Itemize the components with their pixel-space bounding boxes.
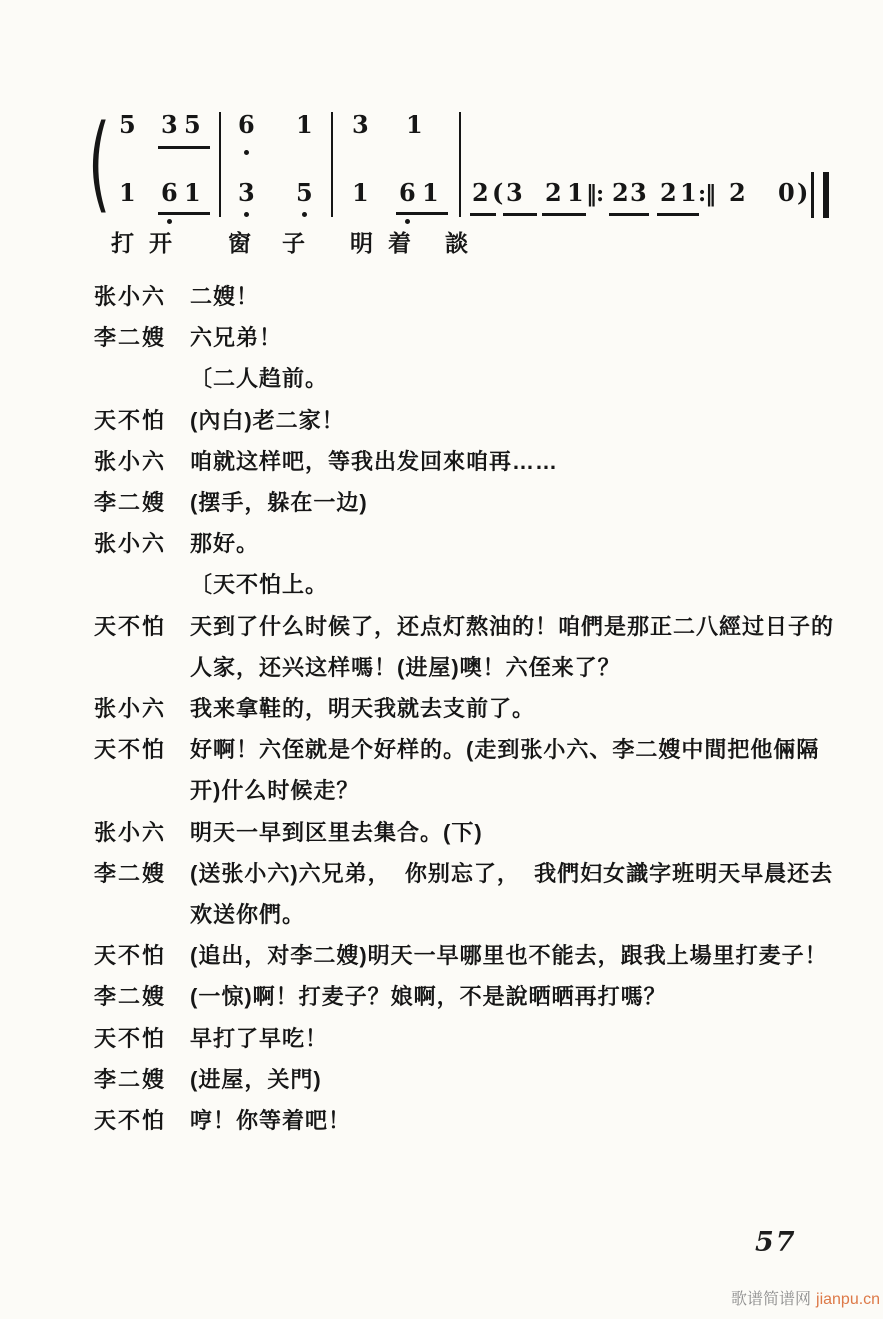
upper-voice-note: 5 bbox=[184, 112, 201, 138]
beam bbox=[542, 213, 586, 216]
lower-voice-note: 0 bbox=[778, 180, 795, 206]
dialogue-row: 张小六咱就这样吧，等我出发回來咱再…… bbox=[94, 441, 840, 482]
upper-voice-note: 1 bbox=[406, 112, 423, 138]
dialogue-row: 〔天不怕上。 bbox=[94, 564, 840, 605]
dialogue-row: 天不怕早打了早吃！ bbox=[94, 1018, 840, 1059]
dialogue-text: (摆手，躲在一边) bbox=[190, 482, 840, 523]
dialogue-row: 李二嫂(送张小六)六兄弟， 你别忘了， 我們妇女識字班明天早晨还去欢送你們。 bbox=[94, 853, 840, 935]
watermark: 歌谱简谱网jianpu.cn bbox=[731, 1290, 880, 1309]
dialogue-section: 张小六二嫂！李二嫂六兄弟！〔二人趋前。天不怕(內白)老二家！张小六咱就这样吧，等… bbox=[94, 276, 840, 1141]
lyric-syllable: 开 bbox=[149, 231, 172, 256]
watermark-site-url: jianpu.cn bbox=[816, 1291, 880, 1308]
dialogue-text: (內白)老二家！ bbox=[190, 400, 840, 441]
beam bbox=[503, 213, 537, 216]
lower-voice-note: 2 bbox=[472, 180, 489, 206]
lower-voice-note: 2 bbox=[660, 180, 677, 206]
dialogue-text: 明天一早到区里去集合。(下) bbox=[190, 812, 840, 853]
dialogue-text: (一惊)啊！打麦子？娘啊，不是說晒晒再打嗎？ bbox=[190, 976, 840, 1017]
octave-dot bbox=[302, 212, 307, 217]
lower-voice-note: 3 bbox=[506, 180, 523, 206]
dialogue-text: 咱就这样吧，等我出发回來咱再…… bbox=[190, 441, 840, 482]
lyric-syllable: 着 bbox=[388, 231, 411, 256]
dialogue-row: 李二嫂(进屋，关門) bbox=[94, 1059, 840, 1100]
lower-voice-note: 3 bbox=[630, 180, 647, 206]
dialogue-text: 好啊！六侄就是个好样的。(走到张小六、李二嫂中間把他倆隔开)什么时候走？ bbox=[190, 729, 840, 811]
page-number: 57 bbox=[755, 1227, 797, 1258]
octave-dot bbox=[244, 150, 249, 155]
final-barline bbox=[811, 172, 829, 218]
upper-voice-note: 3 bbox=[161, 112, 178, 138]
upper-voice-note: 1 bbox=[296, 112, 313, 138]
speaker-name: 张小六 bbox=[94, 688, 190, 729]
watermark-site-name: 歌谱简谱网 bbox=[731, 1291, 811, 1308]
dialogue-row: 李二嫂(摆手，躲在一边) bbox=[94, 482, 840, 523]
lyric-syllable: 窗 bbox=[228, 231, 251, 256]
dialogue-text: (追出，对李二嫂)明天一早哪里也不能去，跟我上場里打麦子！ bbox=[190, 935, 840, 976]
dialogue-row: 天不怕天到了什么时候了，还点灯熬油的！咱們是那正二八經过日子的人家，还兴这样嗎！… bbox=[94, 606, 840, 688]
speaker-name: 张小六 bbox=[94, 523, 190, 564]
lower-voice-note: 2 bbox=[545, 180, 562, 206]
repeat-sign: ‖: bbox=[586, 182, 603, 206]
lower-voice-note: 6 bbox=[399, 180, 416, 206]
lower-voice-note: 3 bbox=[238, 180, 255, 206]
dialogue-row: 李二嫂六兄弟！ bbox=[94, 317, 840, 358]
upper-voice-note: 5 bbox=[119, 112, 136, 138]
score-page: ( 5356131161351612(321‖:2321:‖20)打开窗子明着談… bbox=[0, 0, 883, 1319]
lower-voice-note: 5 bbox=[296, 180, 313, 206]
speaker-name: 天不怕 bbox=[94, 400, 190, 441]
speaker-name: 李二嫂 bbox=[94, 482, 190, 523]
dialogue-text: 〔天不怕上。 bbox=[190, 564, 840, 605]
lower-voice-note: 1 bbox=[184, 180, 201, 206]
barline bbox=[331, 112, 333, 217]
speaker-name: 李二嫂 bbox=[94, 976, 190, 1017]
upper-voice-note: 3 bbox=[352, 112, 369, 138]
dialogue-text: (送张小六)六兄弟， 你别忘了， 我們妇女識字班明天早晨还去欢送你們。 bbox=[190, 853, 840, 935]
lower-voice-note: 1 bbox=[567, 180, 584, 206]
octave-dot bbox=[244, 212, 249, 217]
dialogue-text: (进屋，关門) bbox=[190, 1059, 840, 1100]
speaker-name: 李二嫂 bbox=[94, 1059, 190, 1100]
speaker-name: 张小六 bbox=[94, 812, 190, 853]
speaker-name: 李二嫂 bbox=[94, 853, 190, 894]
lower-voice-note: 1 bbox=[119, 180, 136, 206]
lower-voice-note: 1 bbox=[422, 180, 439, 206]
speaker-name: 天不怕 bbox=[94, 935, 190, 976]
barline bbox=[459, 112, 461, 217]
dialogue-row: 张小六明天一早到区里去集合。(下) bbox=[94, 812, 840, 853]
speaker-name: 天不怕 bbox=[94, 606, 190, 647]
lyric-syllable: 明 bbox=[350, 231, 373, 256]
dialogue-row: 李二嫂(一惊)啊！打麦子？娘啊，不是說晒晒再打嗎？ bbox=[94, 976, 840, 1017]
speaker-name: 李二嫂 bbox=[94, 317, 190, 358]
dialogue-row: 〔二人趋前。 bbox=[94, 358, 840, 399]
beam bbox=[609, 213, 649, 216]
lyric-syllable: 談 bbox=[445, 231, 468, 256]
speaker-name: 张小六 bbox=[94, 441, 190, 482]
dialogue-text: 哼！你等着吧！ bbox=[190, 1100, 840, 1141]
lower-voice-note: ) bbox=[797, 180, 808, 206]
upper-voice-note: 6 bbox=[238, 112, 255, 138]
dialogue-text: 我来拿鞋的，明天我就去支前了。 bbox=[190, 688, 840, 729]
lower-voice-note: 1 bbox=[680, 180, 697, 206]
dialogue-text: 那好。 bbox=[190, 523, 840, 564]
lower-voice-note: ( bbox=[492, 180, 503, 206]
speaker-name: 天不怕 bbox=[94, 729, 190, 770]
dialogue-row: 天不怕(內白)老二家！ bbox=[94, 400, 840, 441]
dialogue-text: 二嫂！ bbox=[190, 276, 840, 317]
dialogue-row: 天不怕好啊！六侄就是个好样的。(走到张小六、李二嫂中間把他倆隔开)什么时候走？ bbox=[94, 729, 840, 811]
dialogue-row: 天不怕(追出，对李二嫂)明天一早哪里也不能去，跟我上場里打麦子！ bbox=[94, 935, 840, 976]
system-brace: ( bbox=[88, 98, 110, 228]
barline bbox=[219, 112, 221, 217]
dialogue-text: 六兄弟！ bbox=[190, 317, 840, 358]
speaker-name: 天不怕 bbox=[94, 1100, 190, 1141]
lyric-syllable: 打 bbox=[111, 231, 134, 256]
octave-dot bbox=[405, 219, 410, 224]
beam bbox=[470, 213, 496, 216]
lower-voice-note: 1 bbox=[352, 180, 369, 206]
beam bbox=[158, 146, 210, 149]
lower-voice-note: 2 bbox=[729, 180, 746, 206]
dialogue-row: 张小六那好。 bbox=[94, 523, 840, 564]
dialogue-text: 早打了早吃！ bbox=[190, 1018, 840, 1059]
repeat-sign: :‖ bbox=[698, 182, 715, 206]
beam bbox=[657, 213, 699, 216]
lower-voice-note: 2 bbox=[612, 180, 629, 206]
lower-voice-note: 6 bbox=[161, 180, 178, 206]
dialogue-row: 张小六我来拿鞋的，明天我就去支前了。 bbox=[94, 688, 840, 729]
dialogue-row: 张小六二嫂！ bbox=[94, 276, 840, 317]
octave-dot bbox=[167, 219, 172, 224]
dialogue-text: 〔二人趋前。 bbox=[190, 358, 840, 399]
music-system: ( 5356131161351612(321‖:2321:‖20)打开窗子明着談 bbox=[0, 0, 883, 270]
dialogue-row: 天不怕哼！你等着吧！ bbox=[94, 1100, 840, 1141]
dialogue-text: 天到了什么时候了，还点灯熬油的！咱們是那正二八經过日子的人家，还兴这样嗎！(进屋… bbox=[190, 606, 840, 688]
speaker-name: 张小六 bbox=[94, 276, 190, 317]
beam bbox=[158, 212, 210, 215]
beam bbox=[396, 212, 448, 215]
speaker-name: 天不怕 bbox=[94, 1018, 190, 1059]
lyric-syllable: 子 bbox=[282, 231, 305, 256]
